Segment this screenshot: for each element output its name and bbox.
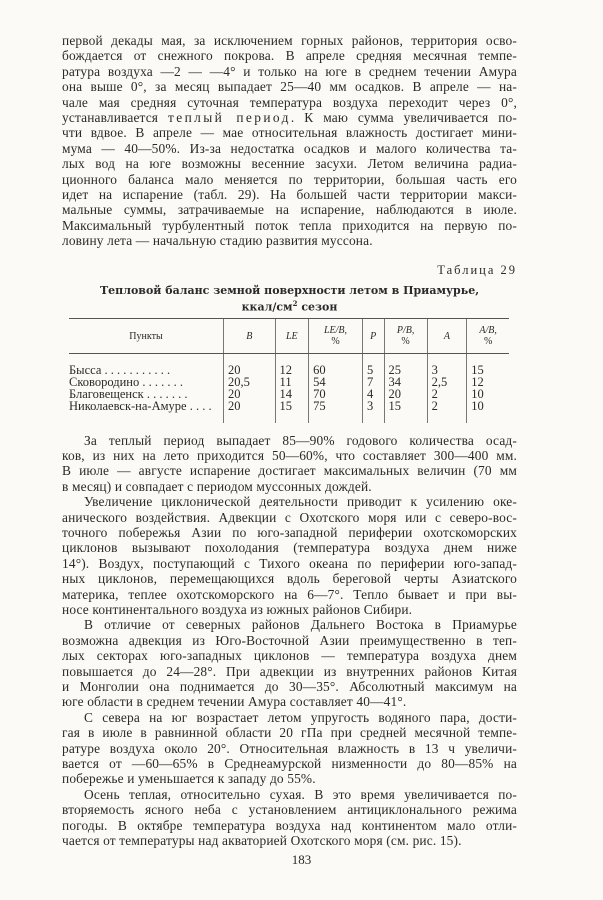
station-name: Благовещенск . . . . . . .: [69, 389, 224, 401]
paragraph-advection: В отличие от северных районов Дальнего В…: [62, 617, 517, 709]
text-line: вторяемость ясного неба с установлением …: [62, 802, 517, 817]
text-line: повышается до 24—28°. При адвекции из вн…: [62, 664, 517, 679]
paragraph-autumn: Осень теплая, относительно сухая. В это …: [62, 787, 517, 849]
cell-le: 15: [275, 401, 309, 423]
text-line: вается от —60—65% в Среднеамурской низме…: [62, 756, 517, 771]
text-line: Увеличение циклонической деятельности пр…: [62, 494, 517, 509]
cell-a: 3: [427, 354, 467, 377]
cell-p: 7: [362, 377, 384, 389]
text-line: За теплый период выпадает 85—90% годовог…: [62, 433, 517, 448]
text-line: мума — 40—50%. Из-за недостатка осадков …: [62, 141, 517, 156]
table-row: Николаевск-на-Амуре . . . .201575315210: [69, 401, 509, 423]
text-line: мальные суммы, затрачиваемые на испарени…: [62, 202, 517, 217]
page-body: первой декады мая, за исключением горных…: [62, 33, 517, 849]
text-line: она выше 0°, за месяц выпадает 25—40 мм …: [62, 79, 517, 94]
text-line: чале мая средняя суточная температура во…: [62, 95, 517, 110]
text-line: ных циклонов, перемещающихся вдоль берег…: [62, 571, 517, 586]
paragraph-humidity: С севера на юг возрастает летом упругост…: [62, 710, 517, 787]
text-line: материка, теплее охотскоморского на 6—7°…: [62, 587, 517, 602]
column-header: B: [224, 319, 276, 354]
text-line: возможна адвекция из Юго-Восточной Азии …: [62, 633, 517, 648]
cell-p_b: 25: [384, 354, 427, 377]
text-line: ков, из них на лето приходится 50—60%, ч…: [62, 448, 517, 463]
cell-b: 20: [224, 354, 276, 377]
cell-p: 5: [362, 354, 384, 377]
text-line: С севера на юг возрастает летом упругост…: [62, 710, 517, 725]
text-line: циклонов вызывают похолодания (температу…: [62, 540, 517, 555]
cell-p: 4: [362, 389, 384, 401]
cell-b: 20: [224, 401, 276, 423]
table-label: Таблица 29: [62, 263, 517, 278]
text-line: идет на испарение (табл. 29). На большей…: [62, 187, 517, 202]
column-header: P/B,%: [384, 319, 427, 354]
text-line: Максимальный турбулентный поток тепла пр…: [62, 218, 517, 233]
table-title-line1: Тепловой баланс земной поверхности летом…: [62, 284, 517, 297]
paragraph-spring: первой декады мая, за исключением горных…: [62, 33, 517, 249]
cell-le_b: 60: [309, 354, 363, 377]
text-line: гая в июле в равнинной области 20 гПа пр…: [62, 725, 517, 740]
text-line: юге области в среднем течении Амура сост…: [62, 694, 517, 709]
column-header: Пункты: [69, 319, 224, 354]
cell-p: 3: [362, 401, 384, 423]
paragraph-cyclones: Увеличение циклонической деятельности пр…: [62, 494, 517, 617]
heat-balance-table: ПунктыBLELE/B,%PP/B,%AA/B,% Бысса . . . …: [69, 318, 509, 422]
column-header: A: [427, 319, 467, 354]
text-line: лых вод на юге возможны весенние засухи.…: [62, 156, 517, 171]
station-name: Николаевск-на-Амуре . . . .: [69, 401, 224, 423]
text-line: анического воздействия. Адвекции с Охотс…: [62, 510, 517, 525]
text-line: точного побережья Азии по юго-западной п…: [62, 525, 517, 540]
column-header: A/B,%: [467, 319, 509, 354]
text-line: носе континентального воздуха из южных р…: [62, 602, 517, 617]
table-title: Тепловой баланс земной поверхности летом…: [62, 284, 517, 314]
column-header: P: [362, 319, 384, 354]
text-line: бождается от снежного покрова. В апреле …: [62, 48, 517, 63]
paragraph-precipitation: За теплый период выпадает 85—90% годовог…: [62, 433, 517, 495]
station-name: Сковородино . . . . . . .: [69, 377, 224, 389]
text-line: ловину лета — начальную стадию развития …: [62, 233, 517, 248]
station-name: Бысса . . . . . . . . . . .: [69, 354, 224, 377]
table-row: Бысса . . . . . . . . . . .201260525315: [69, 354, 509, 377]
cell-a: 2: [427, 401, 467, 423]
text-line: ратура воздуха —2 — —4° и только на юге …: [62, 64, 517, 79]
text-line: 14°). Воздух, поступающий с Тихого океан…: [62, 556, 517, 571]
cell-le_b: 75: [309, 401, 363, 423]
column-header: LE/B,%: [309, 319, 363, 354]
text-line: Осень теплая, относительно сухая. В это …: [62, 787, 517, 802]
cell-le: 12: [275, 354, 309, 377]
text-line: первой декады мая, за исключением горных…: [62, 33, 517, 48]
text-line: ратуре воздуха около 20°. Относительная …: [62, 741, 517, 756]
column-header: LE: [275, 319, 309, 354]
table-header-row: ПунктыBLELE/B,%PP/B,%AA/B,%: [69, 319, 509, 354]
page-number: 183: [0, 852, 603, 868]
text-line: лых секторах юго-западных циклонов — тем…: [62, 648, 517, 663]
text-line: чается от температуры над акваторией Охо…: [62, 833, 517, 848]
table-title-line2: ккал/см2 сезон: [62, 297, 517, 314]
text-line: и Монголии она поднимается до 30—35°. Аб…: [62, 679, 517, 694]
text-line: В июле — августе испарение достигает мак…: [62, 463, 517, 478]
text-line: погоды. В октябре температура воздуха на…: [62, 818, 517, 833]
text-line: побережье и уменьшается к западу до 55%.: [62, 771, 517, 786]
text-line: ционного баланса мало меняется по террит…: [62, 172, 517, 187]
text-line: В отличие от северных районов Дальнего В…: [62, 617, 517, 632]
text-line: устанавливается теплый период. К маю сум…: [62, 110, 517, 125]
cell-p_b: 15: [384, 401, 427, 423]
cell-a_b: 15: [467, 354, 509, 377]
text-line: в месяц) и совпадает с периодом муссонны…: [62, 479, 517, 494]
text-line: чти вдвое. В апреле — мае относительная …: [62, 125, 517, 140]
cell-a_b: 10: [467, 401, 509, 423]
